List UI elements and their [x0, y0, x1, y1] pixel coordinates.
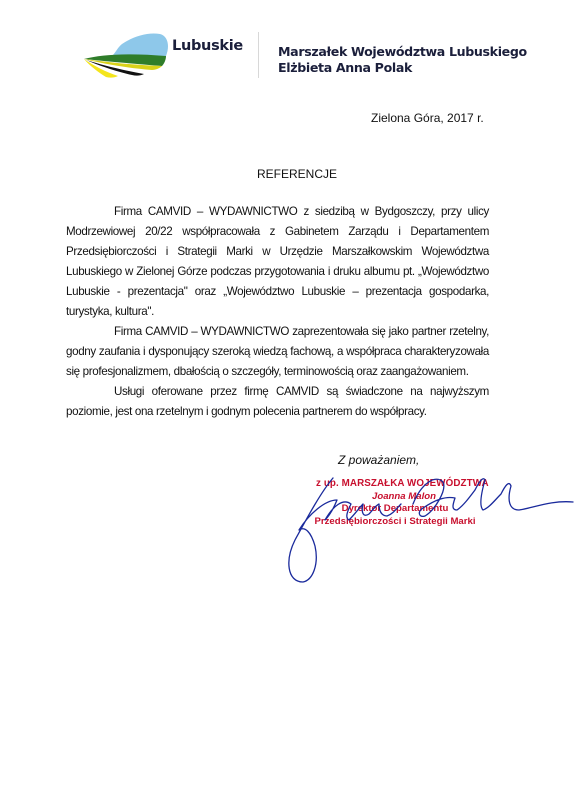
office-title: Marszałek Województwa Lubuskiego — [278, 44, 527, 60]
stamp-line-authority: z up. MARSZAŁKA WOJEWÓDZTWA — [300, 478, 490, 491]
paragraph: Firma CAMVID – WYDAWNICTWO zaprezentował… — [66, 322, 489, 382]
official-stamp: z up. MARSZAŁKA WOJEWÓDZTWA Joanna Malon… — [300, 478, 490, 528]
office-holder: Elżbieta Anna Polak — [278, 60, 527, 76]
stamp-line-department: Przedsiębiorczości i Strategii Marki — [300, 516, 490, 529]
brand-name: Lubuskie — [172, 38, 243, 54]
closing-salutation: Z poważaniem, — [338, 453, 419, 467]
place-date: Zielona Góra, 2017 r. — [371, 111, 484, 125]
document-title: REFERENCJE — [0, 167, 582, 181]
stamp-line-name: Joanna Malon — [300, 491, 490, 504]
office-block: Marszałek Województwa Lubuskiego Elżbiet… — [278, 44, 527, 76]
paragraph: Usługi oferowane przez firmę CAMVID są ś… — [66, 382, 489, 422]
lubuskie-logo-icon — [82, 32, 168, 78]
header-divider — [258, 32, 259, 78]
stamp-line-position: Dyrektor Departamentu — [300, 503, 490, 516]
letter-body: Firma CAMVID – WYDAWNICTWO z siedzibą w … — [66, 202, 489, 422]
paragraph: Firma CAMVID – WYDAWNICTWO z siedzibą w … — [66, 202, 489, 322]
